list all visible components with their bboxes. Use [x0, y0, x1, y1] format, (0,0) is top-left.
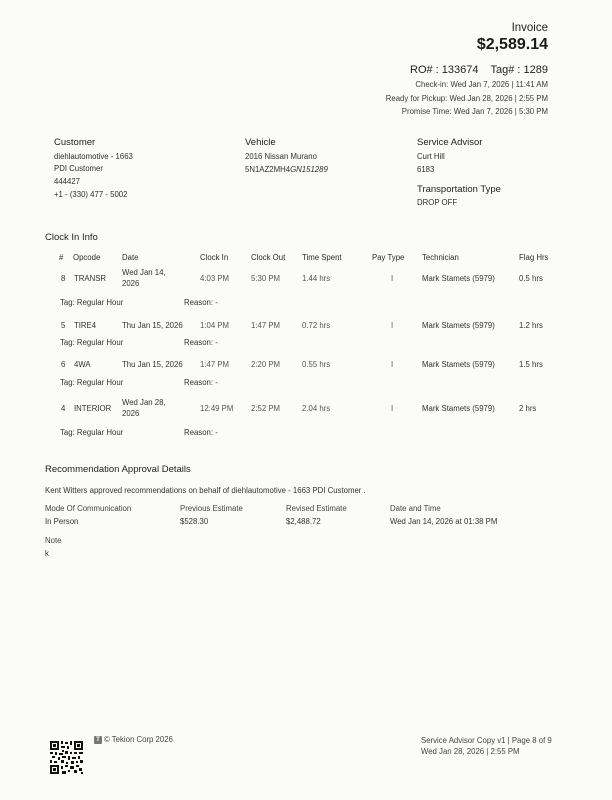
datetime-value: Wed Jan 14, 2026 at 01:38 PM: [390, 517, 497, 526]
check-in-time: Check-in: Wed Jan 7, 2026 | 11:41 AM: [415, 80, 548, 89]
qr-code-icon: [50, 741, 83, 774]
service-advisor-name: Curt Hill: [417, 151, 501, 163]
document-title: Invoice: [512, 22, 548, 34]
customer-name-line2: PDI Customer: [54, 163, 133, 175]
row-opcode: INTERIOR: [74, 403, 111, 414]
row-date-line1: Wed Jan 28,: [122, 397, 166, 408]
row-clock-out: 2:20 PM: [251, 359, 280, 370]
service-advisor-block: Service Advisor Curt Hill 6183 Transport…: [417, 137, 501, 209]
row-technician: Mark Stamets (5979): [422, 273, 495, 284]
row-clock-in: 1:47 PM: [200, 359, 229, 370]
customer-phone: +1 - (330) 477 - 5002: [54, 189, 133, 201]
promise-time: Promise Time: Wed Jan 7, 2026 | 5:30 PM: [402, 107, 548, 116]
row-date: Thu Jan 15, 2026: [122, 320, 183, 331]
col-header-opcode: Opcode: [73, 253, 100, 262]
tag-number: Tag# : 1289: [491, 64, 549, 76]
row-pay-type: I: [391, 403, 393, 414]
revised-estimate-label: Revised Estimate: [286, 504, 347, 513]
row-date: Wed Jan 14,2026: [122, 267, 166, 289]
customer-id: 444427: [54, 176, 133, 188]
row-num: 5: [61, 320, 65, 331]
row-date-line1: Wed Jan 14,: [122, 267, 166, 278]
mode-label: Mode Of Communication: [45, 504, 131, 513]
row-num: 4: [61, 403, 65, 414]
row-clock-out: 2:52 PM: [251, 403, 280, 414]
row-reason: Reason: -: [184, 338, 218, 347]
col-header-time-spent: Time Spent: [302, 253, 342, 262]
row-num: 6: [61, 359, 65, 370]
row-clock-in: 1:04 PM: [200, 320, 229, 331]
row-date: Thu Jan 15, 2026: [122, 359, 183, 370]
col-header-technician: Technician: [422, 253, 459, 262]
col-header-num: #: [59, 253, 63, 262]
row-technician: Mark Stamets (5979): [422, 403, 495, 414]
row-opcode: 4WA: [74, 359, 91, 370]
ready-for-pickup-time: Ready for Pickup: Wed Jan 28, 2026 | 2:5…: [386, 94, 548, 103]
row-flag-hrs: 1.5 hrs: [519, 359, 543, 370]
row-clock-in: 4:03 PM: [200, 273, 229, 284]
row-time-spent: 0.55 hrs: [302, 359, 330, 370]
vehicle-description: 2016 Nissan Murano: [245, 151, 328, 163]
customer-title: Customer: [54, 137, 133, 148]
tekion-logo-icon: T: [94, 736, 102, 744]
row-flag-hrs: 0.5 hrs: [519, 273, 543, 284]
previous-estimate-label: Previous Estimate: [180, 504, 243, 513]
transportation-title: Transportation Type: [417, 184, 501, 195]
recommendation-title: Recommendation Approval Details: [45, 464, 191, 475]
vehicle-vin: 5N1AZ2MH4GN151289: [245, 164, 328, 176]
row-time-spent: 0.72 hrs: [302, 320, 330, 331]
row-tag: Tag: Regular Hour: [60, 298, 123, 307]
footer-copyright: T© Tekion Corp 2026: [94, 735, 173, 744]
row-tag: Tag: Regular Hour: [60, 428, 123, 437]
row-reason: Reason: -: [184, 298, 218, 307]
row-clock-out: 5:30 PM: [251, 273, 280, 284]
note-value: k: [45, 549, 49, 558]
row-flag-hrs: 1.2 hrs: [519, 320, 543, 331]
row-time-spent: 2.04 hrs: [302, 403, 330, 414]
row-clock-in: 12:49 PM: [200, 403, 233, 414]
footer-printed-time: Wed Jan 28, 2026 | 2:55 PM: [421, 747, 520, 756]
col-header-pay-type: Pay Type: [372, 253, 404, 262]
ro-tag-line: RO# : 133674Tag# : 1289: [410, 64, 548, 76]
row-tag: Tag: Regular Hour: [60, 378, 123, 387]
col-header-date: Date: [122, 253, 138, 262]
row-date-line1: Thu Jan 15, 2026: [122, 359, 183, 370]
col-header-clock-out: Clock Out: [251, 253, 285, 262]
row-flag-hrs: 2 hrs: [519, 403, 536, 414]
recommendation-statement: Kent Witters approved recommendations on…: [45, 486, 366, 495]
row-opcode: TIRE4: [74, 320, 96, 331]
mode-value: In Person: [45, 517, 78, 526]
vin-prefix: 5N1AZ2MH4: [245, 165, 290, 174]
vehicle-block: Vehicle 2016 Nissan Murano 5N1AZ2MH4GN15…: [245, 137, 328, 176]
clock-in-title: Clock In Info: [45, 232, 98, 243]
row-date-line2: 2026: [122, 278, 166, 289]
transportation-value: DROP OFF: [417, 197, 501, 209]
row-pay-type: I: [391, 359, 393, 370]
row-technician: Mark Stamets (5979): [422, 320, 495, 331]
row-date-line1: Thu Jan 15, 2026: [122, 320, 183, 331]
row-pay-type: I: [391, 273, 393, 284]
vin-suffix: GN151289: [290, 165, 328, 174]
col-header-clock-in: Clock In: [200, 253, 228, 262]
row-pay-type: I: [391, 320, 393, 331]
datetime-label: Date and Time: [390, 504, 441, 513]
invoice-total: $2,589.14: [477, 36, 548, 54]
customer-name-line1: diehlautomotive - 1663: [54, 151, 133, 163]
row-time-spent: 1.44 hrs: [302, 273, 330, 284]
note-label: Note: [45, 536, 61, 545]
previous-estimate-value: $528.30: [180, 517, 208, 526]
row-clock-out: 1:47 PM: [251, 320, 280, 331]
ro-number: RO# : 133674: [410, 64, 479, 76]
row-date-line2: 2026: [122, 408, 166, 419]
col-header-flag-hrs: Flag Hrs: [519, 253, 548, 262]
revised-estimate-value: $2,488.72: [286, 517, 321, 526]
service-advisor-id: 6183: [417, 164, 501, 176]
row-technician: Mark Stamets (5979): [422, 359, 495, 370]
row-num: 8: [61, 273, 65, 284]
service-advisor-title: Service Advisor: [417, 137, 501, 148]
vehicle-title: Vehicle: [245, 137, 328, 148]
row-date: Wed Jan 28,2026: [122, 397, 166, 419]
row-tag: Tag: Regular Hour: [60, 338, 123, 347]
row-reason: Reason: -: [184, 378, 218, 387]
row-opcode: TRANSR: [74, 273, 106, 284]
row-reason: Reason: -: [184, 428, 218, 437]
copyright-text: © Tekion Corp 2026: [104, 735, 173, 744]
customer-block: Customer diehlautomotive - 1663 PDI Cust…: [54, 137, 133, 201]
footer-copy-info: Service Advisor Copy v1 | Page 8 of 9: [421, 736, 552, 745]
